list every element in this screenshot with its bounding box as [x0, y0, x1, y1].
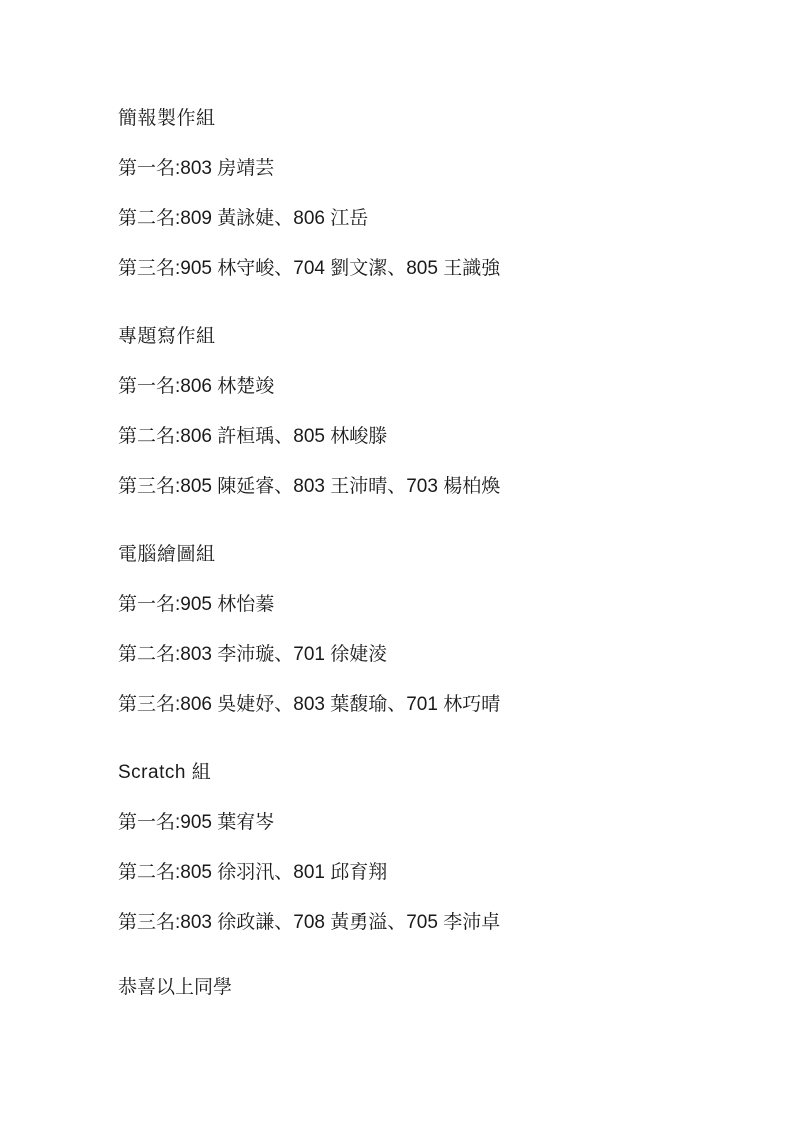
section-title: 簡報製作組: [118, 107, 720, 131]
rank-label: 第三名:: [118, 476, 180, 497]
result-line: 第一名:803 房靖芸: [118, 157, 720, 181]
winners-text: 806 吳婕妤、803 葉馥瑜、701 林巧晴: [180, 694, 500, 715]
result-line: 第二名:809 黃詠婕、806 江岳: [118, 207, 720, 231]
result-line: 第二名:806 許桓瑀、805 林峻滕: [118, 425, 720, 449]
award-section-presentation: 簡報製作組 第一名:803 房靖芸 第二名:809 黃詠婕、806 江岳 第三名…: [118, 107, 720, 281]
winners-text: 809 黃詠婕、806 江岳: [180, 208, 368, 229]
winners-text: 806 林楚竣: [180, 376, 274, 397]
result-line: 第三名:806 吳婕妤、803 葉馥瑜、701 林巧晴: [118, 693, 720, 717]
result-line: 第一名:905 林怡蓁: [118, 593, 720, 617]
winners-text: 803 房靖芸: [180, 158, 274, 179]
rank-label: 第二名:: [118, 426, 180, 447]
result-line: 第三名:803 徐政謙、708 黃勇溢、705 李沛卓: [118, 911, 720, 935]
rank-label: 第三名:: [118, 912, 180, 933]
winners-text: 805 陳延睿、803 王沛晴、703 楊柏煥: [180, 476, 500, 497]
rank-label: 第二名:: [118, 208, 180, 229]
rank-label: 第二名:: [118, 862, 180, 883]
rank-label: 第一名:: [118, 812, 180, 833]
winners-text: 803 李沛璇、701 徐婕淩: [180, 644, 387, 665]
award-section-drawing: 電腦繪圖組 第一名:905 林怡蓁 第二名:803 李沛璇、701 徐婕淩 第三…: [118, 543, 720, 717]
winners-text: 905 林守峻、704 劉文潔、805 王識強: [180, 258, 500, 279]
rank-label: 第一名:: [118, 594, 180, 615]
closing-line: 恭喜以上同學: [118, 976, 720, 1000]
award-section-writing: 專題寫作組 第一名:806 林楚竣 第二名:806 許桓瑀、805 林峻滕 第三…: [118, 325, 720, 499]
rank-label: 第三名:: [118, 258, 180, 279]
rank-label: 第三名:: [118, 694, 180, 715]
winners-text: 803 徐政謙、708 黃勇溢、705 李沛卓: [180, 912, 500, 933]
result-line: 第三名:805 陳延睿、803 王沛晴、703 楊柏煥: [118, 475, 720, 499]
rank-label: 第一名:: [118, 158, 180, 179]
result-line: 第二名:805 徐羽汛、801 邱育翔: [118, 861, 720, 885]
section-title: 專題寫作組: [118, 325, 720, 349]
rank-label: 第二名:: [118, 644, 180, 665]
section-title: 電腦繪圖組: [118, 543, 720, 567]
award-section-scratch: Scratch 組 第一名:905 葉宥岑 第二名:805 徐羽汛、801 邱育…: [118, 761, 720, 935]
winners-text: 905 林怡蓁: [180, 594, 274, 615]
document-page: 簡報製作組 第一名:803 房靖芸 第二名:809 黃詠婕、806 江岳 第三名…: [0, 0, 800, 1131]
result-line: 第一名:806 林楚竣: [118, 375, 720, 399]
winners-text: 805 徐羽汛、801 邱育翔: [180, 862, 387, 883]
result-line: 第一名:905 葉宥岑: [118, 811, 720, 835]
winners-text: 806 許桓瑀、805 林峻滕: [180, 426, 387, 447]
result-line: 第三名:905 林守峻、704 劉文潔、805 王識強: [118, 257, 720, 281]
rank-label: 第一名:: [118, 376, 180, 397]
winners-text: 905 葉宥岑: [180, 812, 274, 833]
section-title: Scratch 組: [118, 761, 720, 785]
result-line: 第二名:803 李沛璇、701 徐婕淩: [118, 643, 720, 667]
